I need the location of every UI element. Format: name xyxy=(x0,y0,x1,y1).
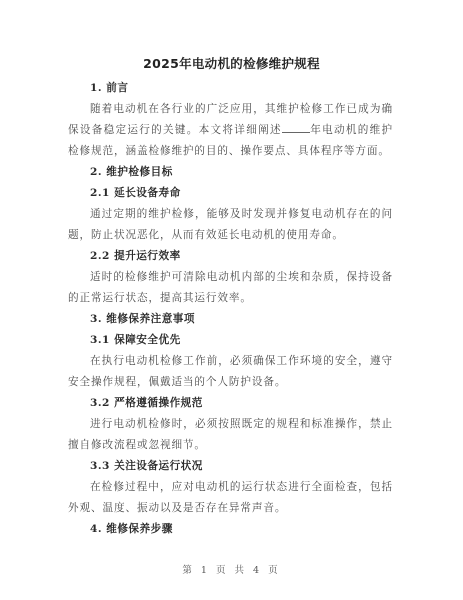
section-heading-steps: 4. 维修保养步骤 xyxy=(68,519,393,540)
subsection-heading-2-1: 2.1 延长设备寿命 xyxy=(68,183,393,204)
paragraph-2-2: 适时的检修维护可清除电动机内部的尘埃和杂质，保持设备的正常运行状态，提高其运行效… xyxy=(68,267,393,309)
document-title: 2025年电动机的检修维护规程 xyxy=(0,54,463,72)
document-page: 2025年电动机的检修维护规程 1. 前言 随着电动机在各行业的广泛应用，其维护… xyxy=(0,0,463,600)
paragraph-3-2: 进行电动机检修时，必须按照既定的规程和标准操作，禁止擅自修改流程或忽视细节。 xyxy=(68,414,393,456)
section-heading-preface: 1. 前言 xyxy=(68,78,393,99)
paragraph-2-1: 通过定期的维护检修，能够及时发现并修复电动机存在的问题，防止状况恶化，从而有效延… xyxy=(68,204,393,246)
section-heading-precautions: 3. 维修保养注意事项 xyxy=(68,309,393,330)
subsection-heading-3-3: 3.3 关注设备运行状况 xyxy=(68,456,393,477)
subsection-heading-2-2: 2.2 提升运行效率 xyxy=(68,246,393,267)
section-heading-goals: 2. 维护检修目标 xyxy=(68,162,393,183)
paragraph-3-1: 在执行电动机检修工作前，必须确保工作环境的安全，遵守安全操作规程，佩戴适当的个人… xyxy=(68,351,393,393)
subsection-heading-3-2: 3.2 严格遵循操作规范 xyxy=(68,393,393,414)
paragraph-3-3: 在检修过程中，应对电动机的运行状态进行全面检查，包括外观、温度、振动以及是否存在… xyxy=(68,477,393,519)
subsection-heading-3-1: 3.1 保障安全优先 xyxy=(68,330,393,351)
fill-in-blank xyxy=(282,122,310,133)
paragraph-preface: 随着电动机在各行业的广泛应用，其维护检修工作已成为确保设备稳定运行的关键。本文将… xyxy=(68,99,393,162)
document-body: 1. 前言 随着电动机在各行业的广泛应用，其维护检修工作已成为确保设备稳定运行的… xyxy=(68,78,393,540)
page-number-footer: 第 1 页 共 4 页 xyxy=(0,562,463,576)
